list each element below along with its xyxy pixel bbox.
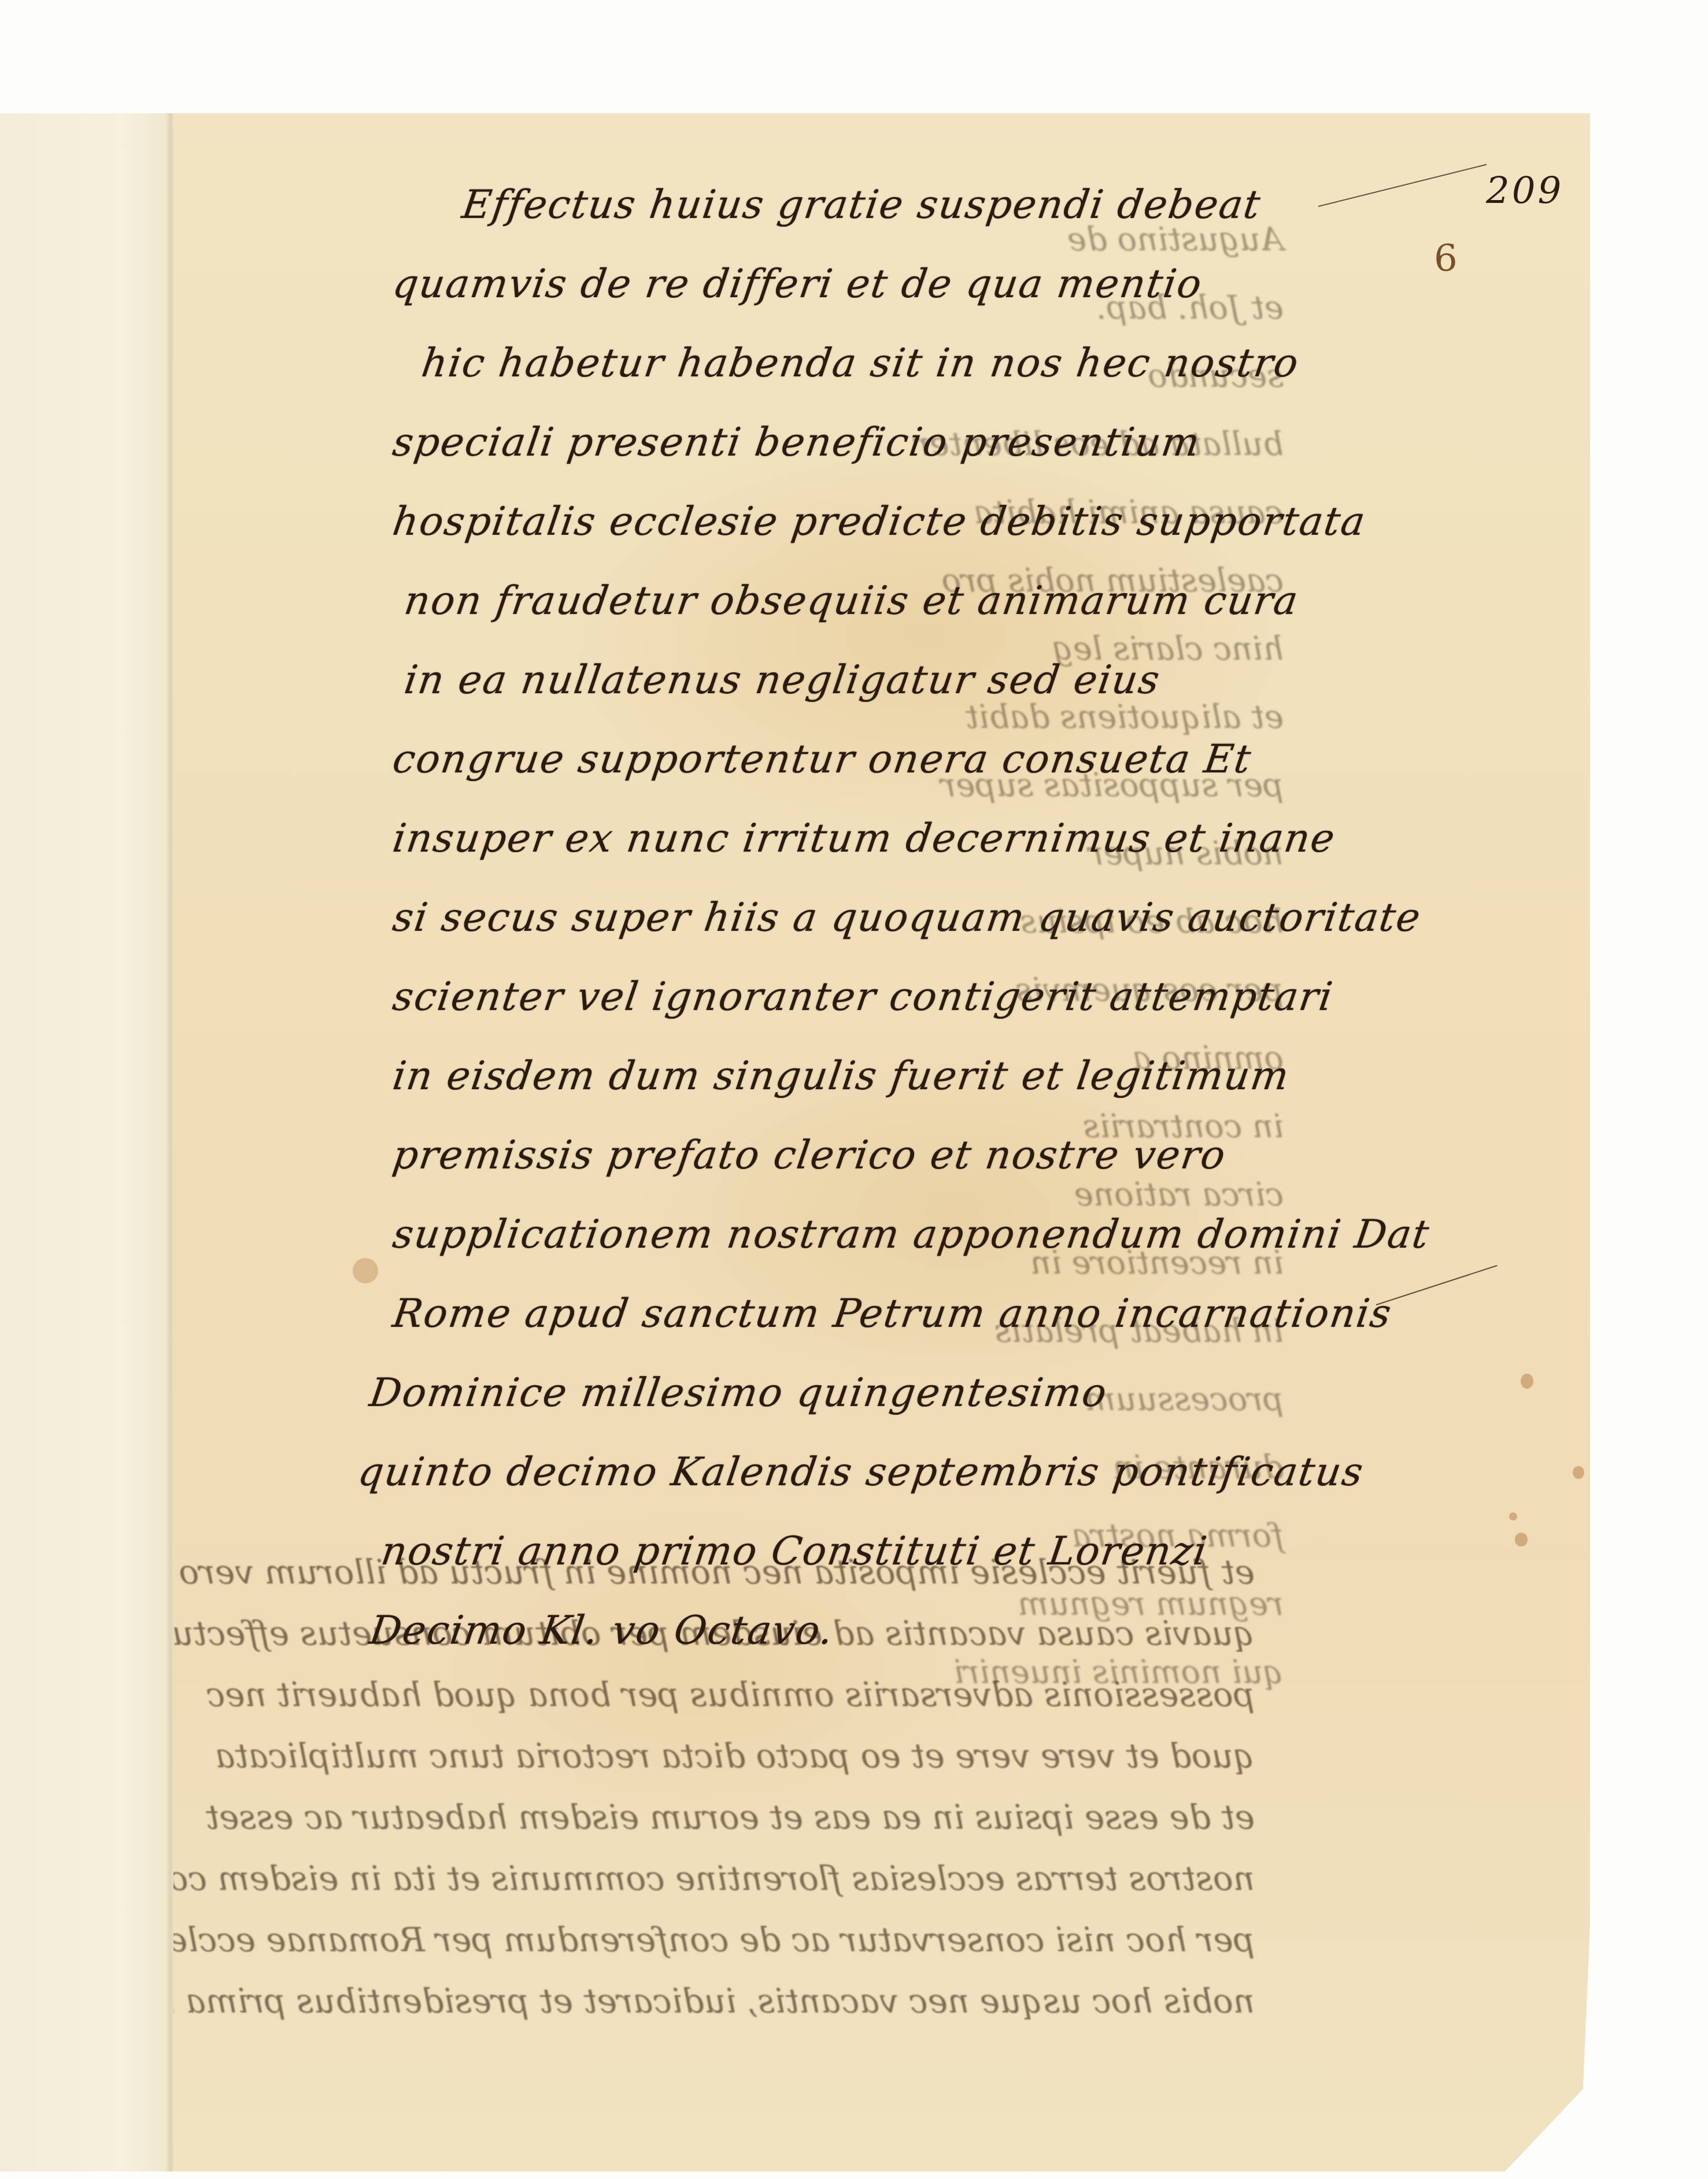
- text-line: Rome apud sanctum Petrum anno incarnatio…: [387, 1274, 1613, 1353]
- text-line: speciali presenti beneficio presentium: [387, 403, 1613, 482]
- bleed-line: nobis hoc usque nec vacantis, iudicaret …: [185, 1970, 1255, 2032]
- left-leaf-verso: [0, 113, 173, 2171]
- bleed-line: quod et vere vere et eo pacto dicta rect…: [185, 1725, 1255, 1786]
- text-line: hospitalis ecclesie predicte debitis sup…: [387, 482, 1613, 561]
- text-line: in ea nullatenus negligatur sed eius: [399, 641, 1613, 720]
- text-line: insuper ex nunc irritum decernimus et in…: [387, 799, 1613, 878]
- text-line: si secus super hiis a quoquam quavis auc…: [387, 878, 1613, 957]
- bleed-line: per hoc nisi conservatur ac de conferend…: [185, 1909, 1255, 1970]
- text-line: congrue supportentur onera consueta Et: [387, 720, 1613, 799]
- bleed-line: et de esse ipsius in ea eas et eorum eis…: [185, 1786, 1255, 1848]
- text-line: nostri anno primo Constituti et Lorenzi: [376, 1512, 1613, 1591]
- text-line: Dominice millesimo quingentesimo: [364, 1353, 1613, 1433]
- manuscript-scan: Augustino de et Joh. bap. secundo bullat…: [0, 0, 1708, 2179]
- text-line: scienter vel ignoranter contigerit attem…: [387, 957, 1613, 1037]
- recto-page: Augustino de et Joh. bap. secundo bullat…: [173, 113, 1590, 2171]
- ink-stain: [353, 1258, 378, 1283]
- text-line: hic habetur habenda sit in nos hec nostr…: [416, 324, 1613, 403]
- text-line: Decimo Kl. vo Octavo.: [364, 1591, 1613, 1670]
- bleed-line: possessionis adversariis omnibus per bon…: [185, 1664, 1255, 1725]
- text-line: supplicationem nostram apponendum domini…: [387, 1195, 1613, 1274]
- main-text-block: Effectus huius gratie suspendi debeat qu…: [393, 165, 1607, 1670]
- text-line: quamvis de re differi et de qua mentio: [387, 245, 1613, 324]
- bleed-line: nostros terras ecclesias florentine comm…: [185, 1848, 1255, 1909]
- text-line: quinto decimo Kalendis septembris pontif…: [353, 1433, 1613, 1512]
- text-line: in eisdem dum singulis fuerit et legitim…: [387, 1037, 1613, 1116]
- text-line: premissis prefato clerico et nostre vero: [387, 1116, 1613, 1195]
- text-line: non fraudetur obsequiis et animarum cura: [399, 561, 1613, 641]
- text-line: Effectus huius gratie suspendi debeat: [457, 165, 1613, 245]
